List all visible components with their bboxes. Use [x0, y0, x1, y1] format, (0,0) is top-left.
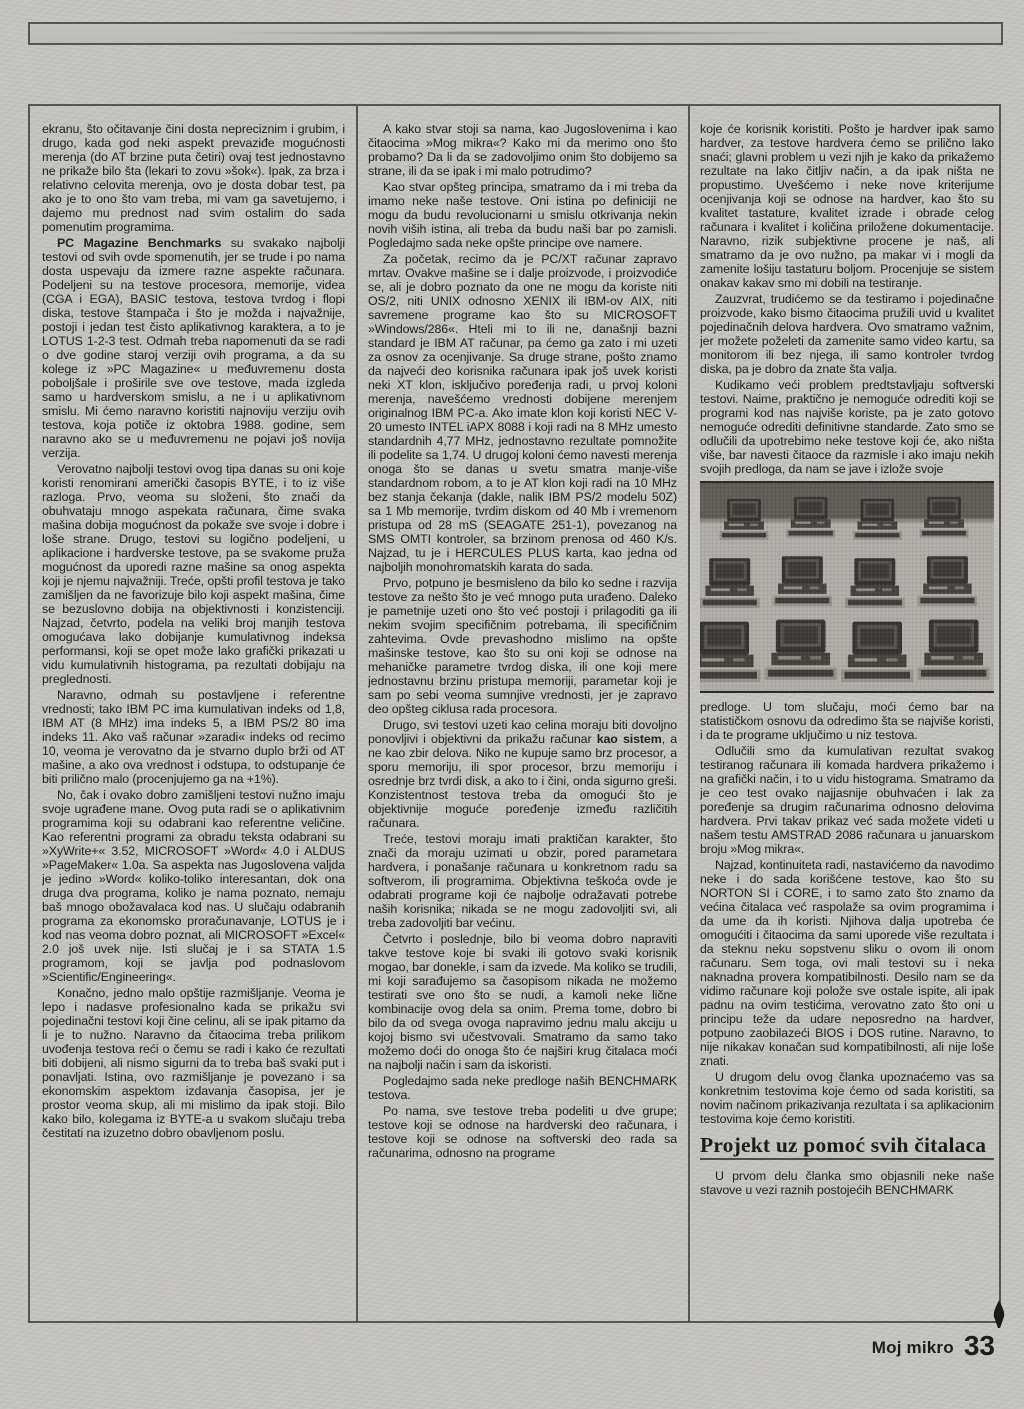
bold-emphasis: kao sistem: [597, 732, 662, 746]
heading-rule: [700, 1158, 994, 1160]
paragraph: Četvrto i poslednje, bilo bi veoma dobro…: [368, 932, 677, 1072]
paragraph: No, čak i ovako dobro zamišljeni testovi…: [42, 788, 345, 984]
paragraph: Naravno, odmah su postavljene i referent…: [42, 688, 345, 786]
paragraph: U prvom delu članka smo objasnili neke n…: [700, 1169, 994, 1197]
computers-photo: [700, 481, 994, 693]
bold-program-name: PC Magazine Benchmarks: [57, 236, 221, 250]
top-rule-box: [28, 22, 1003, 45]
paragraph: Odlučili smo da kumulativan rezultat sva…: [700, 744, 994, 856]
paragraph: Drugo, svi testovi uzeti kao celina mora…: [368, 718, 677, 830]
paragraph: A kako stvar stoji sa nama, kao Jugoslov…: [368, 122, 677, 178]
paragraph: Za početak, recimo da je PC/XT računar z…: [368, 252, 677, 574]
paragraph: predloge. U tom slučaju, moći ćemo bar n…: [700, 700, 994, 742]
paragraph: PC Magazine Benchmarks su svakako najbol…: [42, 236, 345, 460]
article-frame: ekranu, što očitavanje čini dosta neprec…: [28, 104, 1001, 1323]
paragraph: U drugom delu ovog članka upoznaćemo vas…: [700, 1070, 994, 1126]
paragraph: Verovatno najbolji testovi ovog tipa dan…: [42, 462, 345, 686]
paragraph: Kudikamo veći problem predtstavljaju sof…: [700, 378, 994, 476]
paragraph: Najzad, kontinuiteta radi, nastavićemo d…: [700, 858, 994, 1068]
paragraph: Treće, testovi moraju imati praktičan ka…: [368, 832, 677, 930]
paragraph: Zauzvrat, trudićemo se da testiramo i po…: [700, 292, 994, 376]
article-column-right: koje će korisnik koristiti. Pošto je har…: [700, 106, 994, 1321]
column-divider-left: [356, 106, 358, 1321]
magazine-page-scan: { "col1": { "p1": "ekranu, što očitavanj…: [0, 0, 1024, 1409]
article-column-left: ekranu, što očitavanje čini dosta neprec…: [42, 106, 345, 1321]
continuation-arrow-icon: [992, 1300, 1006, 1328]
paragraph: ekranu, što očitavanje čini dosta neprec…: [42, 122, 345, 234]
paragraph: Po nama, sve testove treba podeliti u dv…: [368, 1104, 677, 1160]
paragraph: Prvo, potpuno je besmisleno da bilo ko s…: [368, 576, 677, 716]
paragraph: koje će korisnik koristiti. Pošto je har…: [700, 122, 994, 290]
column-divider-right: [688, 106, 690, 1321]
paragraph: Kao stvar opšteg principa, smatramo da i…: [368, 180, 677, 250]
page-number: 33: [964, 1330, 995, 1361]
magazine-name: Moj mikro: [872, 1338, 954, 1357]
paragraph-text: su svakako najbolji testovi od svih ovde…: [42, 236, 345, 460]
article-column-middle: A kako stvar stoji sa nama, kao Jugoslov…: [368, 106, 677, 1321]
page-footer: Moj mikro33: [780, 1330, 995, 1362]
paragraph-text: , a ne kao zbir delova. Niko ne kupuje s…: [368, 732, 677, 830]
section-heading: Projekt uz pomoć svih čitalaca: [700, 1138, 994, 1152]
paragraph: Pogledajmo sada neke predloge naših BENC…: [368, 1074, 677, 1102]
paragraph: Konačno, jedno malo opštije razmišljanje…: [42, 986, 345, 1140]
